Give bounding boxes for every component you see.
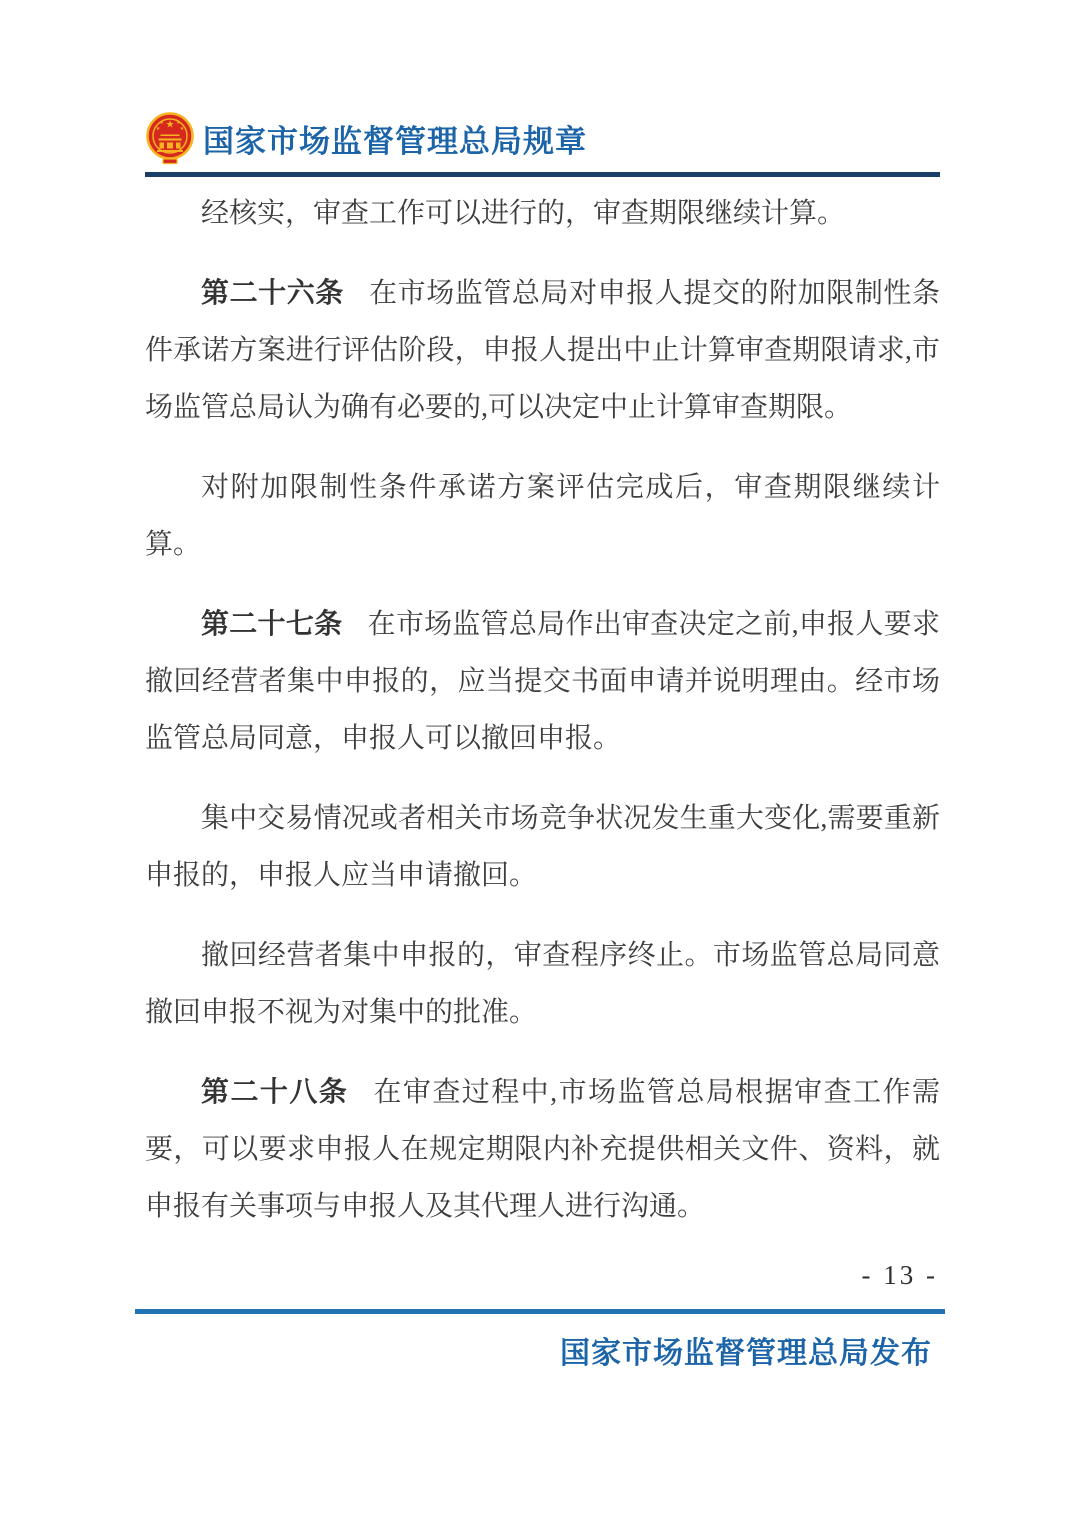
header-row: ★ ★ ★ ★ ★ 国家市场监督管理总局规章 <box>145 110 940 166</box>
paragraph-text: 对附加限制性条件承诺方案评估完成后，审查期限继续计算。 <box>145 472 940 560</box>
paragraph-text: 撤回经营者集中申报的，审查程序终止。市场监管总局同意撤回申报不视为对集中的批准。 <box>145 940 940 1028</box>
svg-text:★: ★ <box>166 120 175 131</box>
publisher-label: 国家市场监督管理总局发布 <box>145 1336 940 1372</box>
paragraph: 对附加限制性条件承诺方案评估完成后，审查期限继续计算。 <box>145 459 940 573</box>
svg-text:★: ★ <box>180 126 185 132</box>
paragraph: 撤回经营者集中申报的，审查程序终止。市场监管总局同意撤回申报不视为对集中的批准。 <box>145 927 940 1041</box>
header-title: 国家市场监督管理总局规章 <box>203 116 587 161</box>
article-paragraph: 第二十六条在市场监管总局对申报人提交的附加限制性条件承诺方案进行评估阶段，申报人… <box>145 265 940 436</box>
document-body: 经核实，审查工作可以进行的，审查期限继续计算。 第二十六条在市场监管总局对申报人… <box>145 185 940 1235</box>
article-number: 第二十六条 <box>201 278 344 309</box>
svg-text:★: ★ <box>176 120 181 126</box>
article-number: 第二十八条 <box>201 1077 348 1108</box>
national-emblem-icon: ★ ★ ★ ★ ★ <box>145 111 195 165</box>
svg-text:★: ★ <box>156 126 161 132</box>
paragraph-text: 集中交易情况或者相关市场竞争状况发生重大变化,需要重新申报的，申报人应当申请撤回… <box>145 803 940 891</box>
footer-divider <box>135 1309 945 1314</box>
page-footer: - 13 - 国家市场监督管理总局发布 <box>145 1259 940 1372</box>
paragraph: 集中交易情况或者相关市场竞争状况发生重大变化,需要重新申报的，申报人应当申请撤回… <box>145 790 940 904</box>
svg-text:★: ★ <box>159 120 164 126</box>
article-paragraph: 第二十八条在审查过程中,市场监管总局根据审查工作需要，可以要求申报人在规定期限内… <box>145 1064 940 1235</box>
paragraph-text: 经核实，审查工作可以进行的，审查期限继续计算。 <box>201 198 845 229</box>
header-divider <box>145 172 940 177</box>
page-header: ★ ★ ★ ★ ★ 国家市场监督管理总局规章 <box>145 110 940 177</box>
document-page: ★ ★ ★ ★ ★ 国家市场监督管理总局规章 经核实，审查工作可以进行的，审查期 <box>0 0 1074 1520</box>
article-paragraph: 第二十七条在市场监管总局作出审查决定之前,申报人要求撤回经营者集中申报的，应当提… <box>145 596 940 767</box>
page-number: - 13 - <box>145 1259 940 1291</box>
paragraph: 经核实，审查工作可以进行的，审查期限继续计算。 <box>145 185 940 242</box>
article-number: 第二十七条 <box>201 609 342 640</box>
